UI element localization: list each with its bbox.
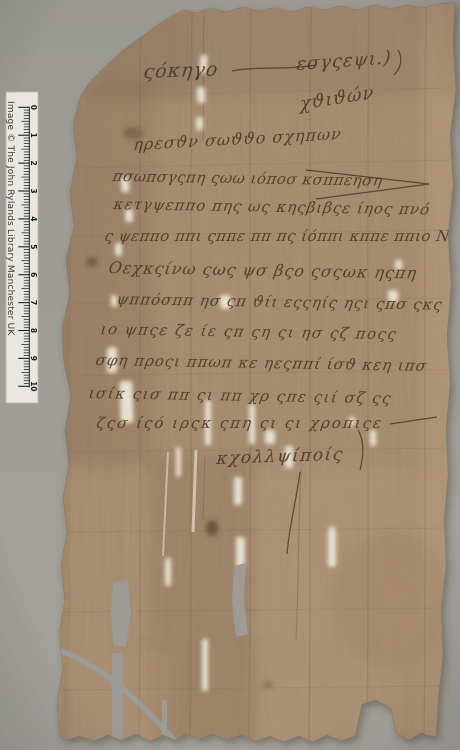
ruler-number: 0	[29, 105, 38, 110]
papyrus-surface: ςόκηγο εσγςεψι.) χϑιϑών ηρεσϑν σωϑϑο σχη…	[50, 0, 460, 750]
papyrus-photograph: ςόκηγο εσγςεψι.) χϑιϑών ηρεσϑν σωϑϑο σχη…	[0, 0, 460, 750]
ruler-number: 6	[29, 272, 38, 277]
ruler-number: 2	[29, 160, 38, 165]
ruler-number: 7	[29, 300, 38, 305]
manuscript-line: ςόκηγο	[142, 57, 219, 83]
manuscript-line: ζςσ ίςό ιρςκ ςπη ςι ςι χροπιςε	[95, 414, 384, 432]
scale-bar: 012345678910 Image © The John Rylands Li…	[5, 92, 38, 403]
ruler-number: 1	[29, 133, 38, 138]
ruler-number: 4	[29, 216, 38, 221]
ruler-number: 9	[29, 356, 38, 361]
ruler-number: 10	[29, 381, 38, 391]
ruler-number: 8	[29, 328, 38, 333]
photo-stage: ςόκηγο εσγςεψι.) χϑιϑών ηρεσϑν σωϑϑο σχη…	[0, 0, 460, 750]
ruler-number: 5	[29, 244, 38, 249]
ruler-number: 3	[29, 188, 38, 193]
copyright-text: Image © The John Rylands Library Manches…	[5, 101, 15, 336]
manuscript-line: ς ψεππο ππι ςππε ππ πς ίόππι κππε ππιο Ν	[103, 227, 451, 245]
